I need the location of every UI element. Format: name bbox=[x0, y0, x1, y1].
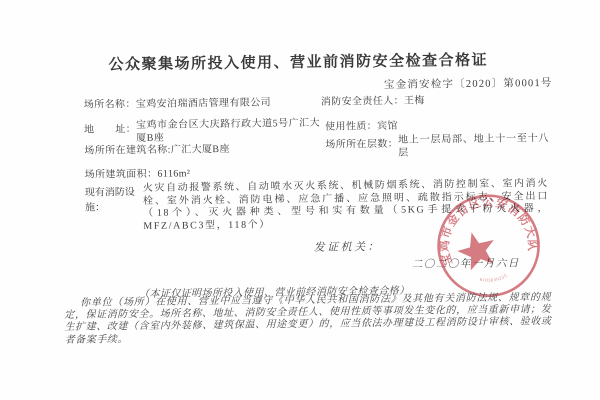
field-building-area: 场所建筑面积：6116m² bbox=[85, 164, 191, 180]
field-label: 场所所在建筑名称: bbox=[84, 145, 171, 157]
certificate-number: 宝金消安检字〔2020〕第0001号 bbox=[384, 75, 553, 92]
field-label: 现有消防设施： bbox=[85, 183, 144, 234]
field-value: 地上一层局部、地上十一至十八层 bbox=[398, 133, 554, 160]
field-usage: 使用性质：宾馆 bbox=[325, 117, 398, 133]
document-title: 公众聚集场所投入使用、营业前消防安全检查合格证 bbox=[0, 47, 598, 75]
field-label: 场所建筑面积： bbox=[85, 169, 158, 181]
scanned-page: 公众聚集场所投入使用、营业前消防安全检查合格证 宝金消安检字〔2020〕第000… bbox=[0, 0, 600, 400]
field-floors: 场所所在层数：地上一层局部、地上十一至十八层 bbox=[325, 133, 557, 161]
issuing-authority-label: 发证机关： bbox=[313, 238, 381, 255]
svg-text:6103030235: 6103030235 bbox=[479, 273, 509, 285]
field-value: 广汇大厦B座 bbox=[171, 144, 230, 156]
legal-remarks-paragraph: 你单位（场所）在使用、营业中应当遵守《中华人民共和国消防法》及其他有关消防法规、… bbox=[64, 292, 552, 347]
field-label: 场所所在层数： bbox=[325, 135, 398, 161]
field-building-name: 场所所在建筑名称:广汇大厦B座 bbox=[84, 140, 230, 157]
field-place-name: 场所名称：宝鸡安泊瑞酒店管理有限公司 bbox=[84, 93, 271, 110]
field-responsible-person: 消防安全责任人：王梅 bbox=[321, 91, 425, 107]
field-label: 消防安全责任人： bbox=[321, 96, 404, 108]
field-value: 王梅 bbox=[404, 95, 425, 106]
field-label: 场所名称： bbox=[84, 99, 136, 111]
field-value: 宝鸡安泊瑞酒店管理有限公司 bbox=[136, 97, 271, 110]
field-value: 宾馆 bbox=[377, 121, 398, 132]
seal-serial-number: 6103030235 bbox=[479, 273, 509, 285]
field-value: 6116m² bbox=[157, 168, 190, 179]
certificate-document: 公众聚集场所投入使用、营业前消防安全检查合格证 宝金消安检字〔2020〕第000… bbox=[0, 0, 600, 400]
seal-star-icon bbox=[455, 229, 498, 272]
field-label: 使用性质： bbox=[325, 121, 377, 133]
